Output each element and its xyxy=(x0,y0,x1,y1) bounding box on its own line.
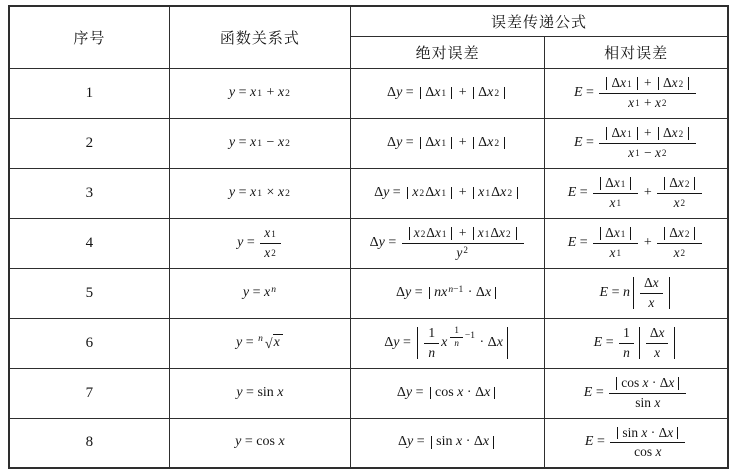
math-formula: y = sin x xyxy=(236,385,283,402)
relative-error-cell: E = cos x · Δxsin x xyxy=(545,368,728,418)
math-formula: Δy = sin x · Δx xyxy=(398,434,497,451)
table-row: 6y = n√xΔy = 1nx1n−1 · ΔxE = 1nΔxx xyxy=(9,318,728,368)
math-formula: Δy = nxn−1 · Δx xyxy=(396,285,499,302)
relative-error-cell: E = nΔxx xyxy=(545,268,728,318)
table-row: 1y = x1 + x2Δy = Δx1 + Δx2E = Δx1 + Δx2x… xyxy=(9,68,728,118)
row-index-cell: 3 xyxy=(9,168,169,218)
function-cell: y = x1x2 xyxy=(169,218,350,268)
row-index-cell: 4 xyxy=(9,218,169,268)
math-formula: Δy = x2Δx1 + x1Δx2y2 xyxy=(370,225,526,260)
math-formula: E = Δx1x1 + Δx2x2 xyxy=(568,225,705,260)
table-body: 1y = x1 + x2Δy = Δx1 + Δx2E = Δx1 + Δx2x… xyxy=(9,68,728,468)
header-relative-error: 相对误差 xyxy=(545,36,728,68)
math-formula: E = nΔxx xyxy=(600,275,673,310)
absolute-error-cell: Δy = Δx1 + Δx2 xyxy=(351,118,545,168)
math-formula: y = x1 − x2 xyxy=(229,135,291,152)
math-formula: Δy = 1nx1n−1 · Δx xyxy=(384,325,511,360)
header-index: 序号 xyxy=(9,6,169,68)
table-row: 5y = xnΔy = nxn−1 · ΔxE = nΔxx xyxy=(9,268,728,318)
math-formula: E = Δx1 + Δx2x1 − x2 xyxy=(574,125,698,160)
math-formula: Δy = x2Δx1 + x1Δx2 xyxy=(374,185,521,202)
math-formula: E = Δx1x1 + Δx2x2 xyxy=(568,175,705,210)
absolute-error-cell: Δy = x2Δx1 + x1Δx2y2 xyxy=(351,218,545,268)
function-cell: y = sin x xyxy=(169,368,350,418)
row-index-cell: 2 xyxy=(9,118,169,168)
function-cell: y = cos x xyxy=(169,418,350,468)
absolute-error-cell: Δy = cos x · Δx xyxy=(351,368,545,418)
math-formula: Δy = Δx1 + Δx2 xyxy=(387,85,508,102)
function-cell: y = x1 × x2 xyxy=(169,168,350,218)
header-error-formula: 误差传递公式 xyxy=(351,6,728,36)
absolute-error-cell: Δy = x2Δx1 + x1Δx2 xyxy=(351,168,545,218)
row-index-cell: 6 xyxy=(9,318,169,368)
absolute-error-cell: Δy = sin x · Δx xyxy=(351,418,545,468)
math-formula: E = Δx1 + Δx2x1 + x2 xyxy=(574,75,698,110)
math-formula: E = 1nΔxx xyxy=(594,325,679,360)
row-index-cell: 7 xyxy=(9,368,169,418)
table-row: 3y = x1 × x2Δy = x2Δx1 + x1Δx2E = Δx1x1 … xyxy=(9,168,728,218)
function-cell: y = x1 + x2 xyxy=(169,68,350,118)
function-cell: y = xn xyxy=(169,268,350,318)
math-formula: Δy = Δx1 + Δx2 xyxy=(387,135,508,152)
function-cell: y = x1 − x2 xyxy=(169,118,350,168)
table-header: 序号 函数关系式 误差传递公式 绝对误差 相对误差 xyxy=(9,6,728,68)
absolute-error-cell: Δy = nxn−1 · Δx xyxy=(351,268,545,318)
absolute-error-cell: Δy = 1nx1n−1 · Δx xyxy=(351,318,545,368)
relative-error-cell: E = Δx1 + Δx2x1 − x2 xyxy=(545,118,728,168)
table-row: 4y = x1x2Δy = x2Δx1 + x1Δx2y2E = Δx1x1 +… xyxy=(9,218,728,268)
row-index-cell: 1 xyxy=(9,68,169,118)
row-index-cell: 8 xyxy=(9,418,169,468)
relative-error-cell: E = sin x · Δxcos x xyxy=(545,418,728,468)
math-formula: y = x1 × x2 xyxy=(229,185,291,202)
math-formula: y = x1x2 xyxy=(237,225,283,260)
header-function: 函数关系式 xyxy=(169,6,350,68)
row-index-cell: 5 xyxy=(9,268,169,318)
function-cell: y = n√x xyxy=(169,318,350,368)
absolute-error-cell: Δy = Δx1 + Δx2 xyxy=(351,68,545,118)
header-absolute-error: 绝对误差 xyxy=(351,36,545,68)
relative-error-cell: E = Δx1x1 + Δx2x2 xyxy=(545,218,728,268)
math-formula: Δy = cos x · Δx xyxy=(397,385,498,402)
table-row: 8y = cos xΔy = sin x · ΔxE = sin x · Δxc… xyxy=(9,418,728,468)
relative-error-cell: E = Δx1x1 + Δx2x2 xyxy=(545,168,728,218)
math-formula: E = sin x · Δxcos x xyxy=(585,425,687,460)
math-formula: y = n√x xyxy=(236,334,284,352)
relative-error-cell: E = Δx1 + Δx2x1 + x2 xyxy=(545,68,728,118)
table-row: 7y = sin xΔy = cos x · ΔxE = cos x · Δxs… xyxy=(9,368,728,418)
math-formula: E = cos x · Δxsin x xyxy=(584,375,689,410)
error-propagation-table: 序号 函数关系式 误差传递公式 绝对误差 相对误差 1y = x1 + x2Δy… xyxy=(8,5,729,469)
relative-error-cell: E = 1nΔxx xyxy=(545,318,728,368)
table-row: 2y = x1 − x2Δy = Δx1 + Δx2E = Δx1 + Δx2x… xyxy=(9,118,728,168)
math-formula: y = cos x xyxy=(235,434,285,451)
math-formula: y = x1 + x2 xyxy=(229,85,291,102)
math-formula: y = xn xyxy=(243,285,277,302)
